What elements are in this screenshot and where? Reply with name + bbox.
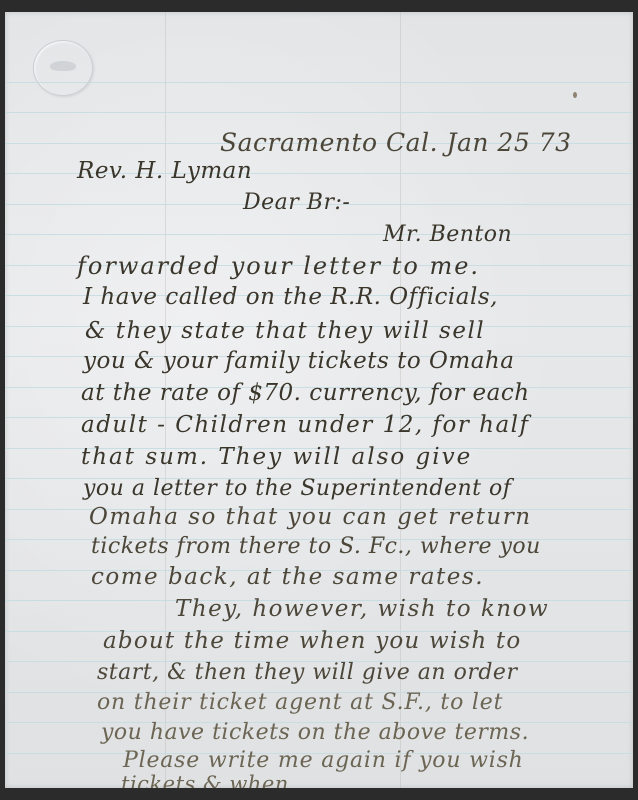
ruled-line <box>5 234 633 235</box>
body-line: you have tickets on the above terms. <box>101 722 529 744</box>
body-line: you a letter to the Superintendent of <box>83 478 511 500</box>
body-line: you & your family tickets to Omaha <box>83 350 514 373</box>
body-line: tickets & when. <box>121 774 296 788</box>
body-line: start, & then they will give an order <box>97 662 517 684</box>
dateline: Sacramento Cal. Jan 25 73 <box>220 130 572 155</box>
letter-page: Sacramento Cal. Jan 25 73 Rev. H. Lyman … <box>5 12 633 788</box>
body-line: adult - Children under 12, for half <box>81 414 530 437</box>
body-line: about the time when you wish to <box>103 630 521 653</box>
body-line: come back, at the same rates. <box>91 566 484 589</box>
embossed-seal-icon <box>33 40 93 96</box>
body-line: I have called on the R.R. Officials, <box>83 286 498 309</box>
salutation: Dear Br:- <box>243 192 350 214</box>
body-line: tickets from there to S. Fc., where you <box>91 536 541 558</box>
body-line: that sum. They will also give <box>81 446 472 469</box>
body-line: on their ticket agent at S.F., to let <box>97 692 503 714</box>
body-line: Omaha so that you can get return <box>89 506 532 529</box>
body-line: forwarded your letter to me. <box>77 254 480 278</box>
body-line: at the rate of $70. currency, for each <box>81 382 530 405</box>
ruled-line <box>5 82 633 83</box>
ink-spot <box>573 92 577 98</box>
body-line: Mr. Benton <box>383 224 512 246</box>
body-line: Please write me again if you wish <box>123 750 524 772</box>
body-line: They, however, wish to know <box>175 598 549 621</box>
ruled-line <box>5 112 633 113</box>
recipient: Rev. H. Lyman <box>77 160 252 183</box>
body-line: & they state that they will sell <box>85 320 485 343</box>
